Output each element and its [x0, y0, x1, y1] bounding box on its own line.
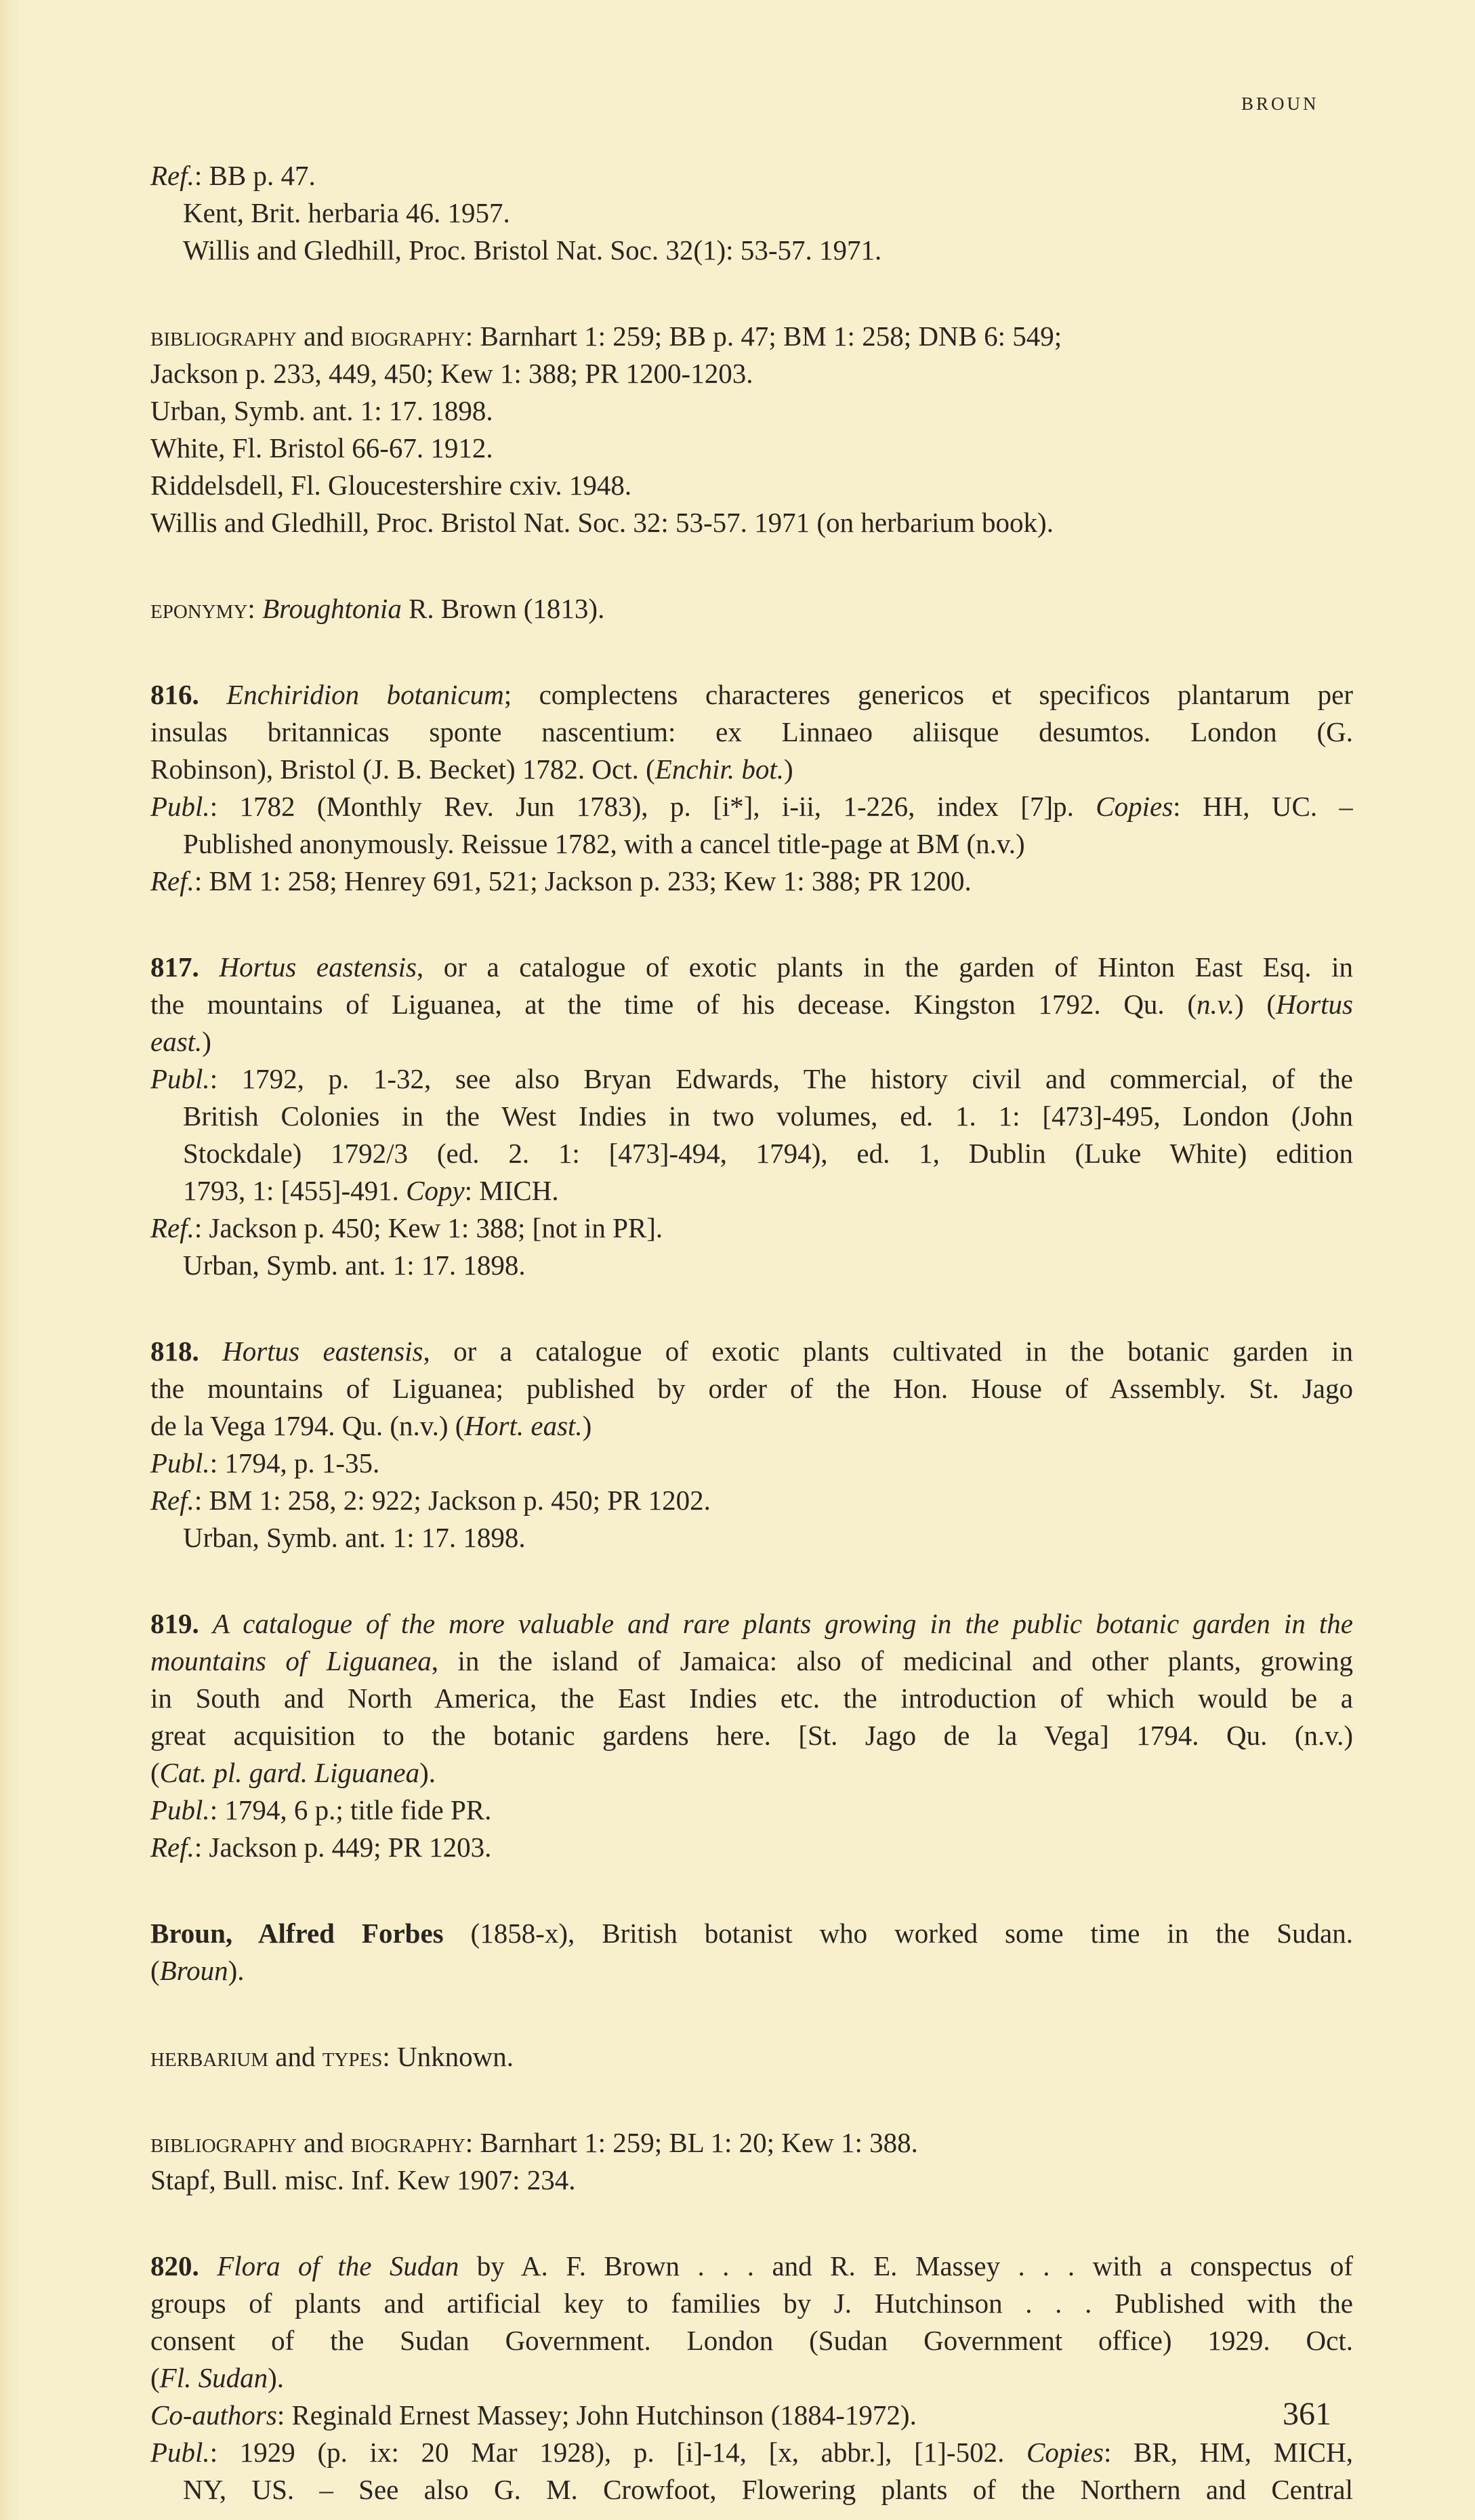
publ-line: Publ.: 1794, 6 p.; title fide PR.	[150, 1792, 1353, 1829]
author-line: (Broun).	[150, 1952, 1353, 1989]
bibliography-line: Jackson p. 233, 449, 450; Kew 1: 388; PR…	[150, 355, 1353, 392]
entry-title: Flora of the Sudan	[217, 2250, 459, 2281]
entry-title: A catalogue of the more valuable and rar…	[213, 1608, 1353, 1639]
entry-title-line: 818. Hortus eastensis, or a catalogue of…	[150, 1333, 1353, 1370]
entry-line: mountains of Liguanea, in the island of …	[150, 1643, 1353, 1680]
entry-number: 817.	[150, 951, 199, 983]
entry-abbreviation: Hortus	[1276, 989, 1353, 1020]
entry-number: 818.	[150, 1336, 199, 1367]
eponymy-line: EPONYMY: Broughtonia R. Brown (1813).	[150, 590, 1353, 627]
ref-line: Ref.: BM 1: 258, 2: 922; Jackson p. 450;…	[150, 1482, 1353, 1519]
ref-label: Ref.	[150, 1832, 194, 1863]
entry-line: (Cat. pl. gard. Liguanea).	[150, 1754, 1353, 1792]
publ-label: Publ.	[150, 1063, 210, 1094]
broughton-eponymy-section: EPONYMY: Broughtonia R. Brown (1813).	[150, 590, 1353, 627]
entry-abbreviation: Enchir. bot.	[655, 753, 784, 785]
entry-line: Robinson), Bristol (J. B. Becket) 1782. …	[150, 751, 1353, 788]
ref-line: Ref.: Jackson p. 450; Kew 1: 388; [not i…	[150, 1210, 1353, 1247]
publ-line: 1793, 1: [455]-491. Copy: MICH.	[150, 1172, 1353, 1210]
section-label: BIOGRAPHY	[351, 321, 465, 352]
entry-title: Hortus eastensis	[222, 1336, 423, 1367]
entry-title-line: 817. Hortus eastensis, or a catalogue of…	[150, 949, 1353, 986]
bibliography-line: White, Fl. Bristol 66-67. 1912.	[150, 430, 1353, 467]
entry-abbreviation: Hort. east.	[464, 1410, 582, 1441]
page-body: Ref.: BB p. 47. Kent, Brit. herbaria 46.…	[150, 157, 1353, 2508]
broun-bibliography-section: BIBLIOGRAPHY and BIOGRAPHY: Barnhart 1: …	[150, 2124, 1353, 2199]
entry-line: east.)	[150, 1023, 1353, 1060]
copies-label: Copies	[1096, 791, 1173, 822]
ref-line: Urban, Symb. ant. 1: 17. 1898.	[150, 1519, 1353, 1556]
entry-818: 818. Hortus eastensis, or a catalogue of…	[150, 1333, 1353, 1556]
publ-line: Publ.: 1792, p. 1-32, see also Bryan Edw…	[150, 1060, 1353, 1098]
entry-abbreviation: Cat. pl. gard. Liguanea	[160, 1757, 419, 1788]
running-head: BROUN	[1241, 94, 1319, 115]
entry-line: groups of plants and artificial key to f…	[150, 2285, 1353, 2322]
entry-number: 820.	[150, 2250, 199, 2281]
herbarium-line: HERBARIUM and TYPES: Unknown.	[150, 2038, 1353, 2075]
publ-line: NY, US. – See also G. M. Crowfoot, Flowe…	[150, 2471, 1353, 2508]
section-label: EPONYMY	[150, 593, 247, 624]
ref-label: Ref.	[150, 160, 194, 191]
entry-817: 817. Hortus eastensis, or a catalogue of…	[150, 949, 1353, 1284]
entry-819: 819. A catalogue of the more valuable an…	[150, 1605, 1353, 1866]
ref-line: Ref.: BB p. 47.	[150, 157, 1353, 194]
eponym-genus: Broughtonia	[262, 593, 402, 624]
publ-label: Publ.	[150, 791, 210, 822]
coauthors-label: Co-authors	[150, 2399, 277, 2431]
entry-title-line: 816. Enchiridion botanicum; complectens …	[150, 676, 1353, 714]
section-label: BIBLIOGRAPHY	[150, 2127, 297, 2158]
entry-line: insulas britannicas sponte nascentium: e…	[150, 714, 1353, 751]
entry-title-line: 820. Flora of the Sudan by A. F. Brown .…	[150, 2248, 1353, 2285]
entry-number: 816.	[150, 679, 199, 710]
author-broun: Broun, Alfred Forbes (1858-x), British b…	[150, 1915, 1353, 1989]
bibliography-line: Riddelsdell, Fl. Gloucestershire cxiv. 1…	[150, 467, 1353, 504]
publ-line: Publ.: 1794, p. 1-35.	[150, 1445, 1353, 1482]
ref-line: Willis and Gledhill, Proc. Bristol Nat. …	[150, 232, 1353, 269]
page-number: 361	[1283, 2395, 1331, 2433]
section-label: BIOGRAPHY	[351, 2127, 465, 2158]
section-label: TYPES	[323, 2041, 383, 2072]
bibliography-line: Urban, Symb. ant. 1: 17. 1898.	[150, 392, 1353, 430]
entry-line: the mountains of Liguanea, at the time o…	[150, 986, 1353, 1023]
entry-title: Enchiridion botanicum	[226, 679, 503, 710]
ref-label: Ref.	[150, 1212, 194, 1243]
bibliography-heading-line: BIBLIOGRAPHY and BIOGRAPHY: Barnhart 1: …	[150, 318, 1353, 355]
ref-label: Ref.	[150, 1485, 194, 1516]
entry-abbreviation: Fl. Sudan	[160, 2362, 268, 2393]
entry-line: (Fl. Sudan).	[150, 2359, 1353, 2397]
publ-label: Publ.	[150, 2437, 210, 2468]
publ-line: British Colonies in the West Indies in t…	[150, 1098, 1353, 1135]
entry-number: 819.	[150, 1608, 199, 1639]
author-name: Broun, Alfred Forbes	[150, 1918, 444, 1949]
copies-label: Copies	[1026, 2437, 1104, 2468]
publ-line: Published anonymously. Reissue 1782, wit…	[150, 825, 1353, 863]
ref-block-top: Ref.: BB p. 47. Kent, Brit. herbaria 46.…	[150, 157, 1353, 269]
entry-abbreviation: east.	[150, 1026, 202, 1057]
entry-820: 820. Flora of the Sudan by A. F. Brown .…	[150, 2248, 1353, 2508]
bibliography-line: Stapf, Bull. misc. Inf. Kew 1907: 234.	[150, 2162, 1353, 2199]
bibliography-line: Willis and Gledhill, Proc. Bristol Nat. …	[150, 504, 1353, 541]
entry-line: de la Vega 1794. Qu. (n.v.) (Hort. east.…	[150, 1407, 1353, 1445]
ref-line: Urban, Symb. ant. 1: 17. 1898.	[150, 1247, 1353, 1284]
publ-line: Publ.: 1782 (Monthly Rev. Jun 1783), p. …	[150, 788, 1353, 825]
author-heading-line: Broun, Alfred Forbes (1858-x), British b…	[150, 1915, 1353, 1952]
page-edge-shadow	[0, 0, 19, 2520]
entry-816: 816. Enchiridion botanicum; complectens …	[150, 676, 1353, 900]
broughton-bibliography-section: BIBLIOGRAPHY and BIOGRAPHY: Barnhart 1: …	[150, 318, 1353, 541]
entry-title: mountains of Liguanea	[150, 1645, 432, 1676]
coauthors-line: Co-authors: Reginald Ernest Massey; John…	[150, 2397, 1353, 2434]
entry-line: consent of the Sudan Government. London …	[150, 2322, 1353, 2359]
ref-label: Ref.	[150, 865, 194, 896]
entry-line: in South and North America, the East Ind…	[150, 1680, 1353, 1717]
broun-herbarium-section: HERBARIUM and TYPES: Unknown.	[150, 2038, 1353, 2075]
author-abbreviation: Broun	[160, 1955, 228, 1986]
ref-line: Ref.: BM 1: 258; Henrey 691, 521; Jackso…	[150, 863, 1353, 900]
entry-title-line: 819. A catalogue of the more valuable an…	[150, 1605, 1353, 1643]
entry-line: the mountains of Liguanea; published by …	[150, 1370, 1353, 1407]
bibliography-heading-line: BIBLIOGRAPHY and BIOGRAPHY: Barnhart 1: …	[150, 2124, 1353, 2162]
copy-label: Copy	[406, 1175, 465, 1206]
section-label: HERBARIUM	[150, 2041, 268, 2072]
publ-label: Publ.	[150, 1794, 210, 1825]
publ-label: Publ.	[150, 1447, 210, 1479]
entry-line: great acquisition to the botanic gardens…	[150, 1717, 1353, 1754]
publ-line: Publ.: 1929 (p. ix: 20 Mar 1928), p. [i]…	[150, 2434, 1353, 2471]
section-label: BIBLIOGRAPHY	[150, 321, 297, 352]
ref-line: Kent, Brit. herbaria 46. 1957.	[150, 194, 1353, 232]
ref-line: Ref.: Jackson p. 449; PR 1203.	[150, 1829, 1353, 1866]
entry-title: Hortus eastensis	[219, 951, 417, 983]
publ-line: Stockdale) 1792/3 (ed. 2. 1: [473]-494, …	[150, 1135, 1353, 1172]
